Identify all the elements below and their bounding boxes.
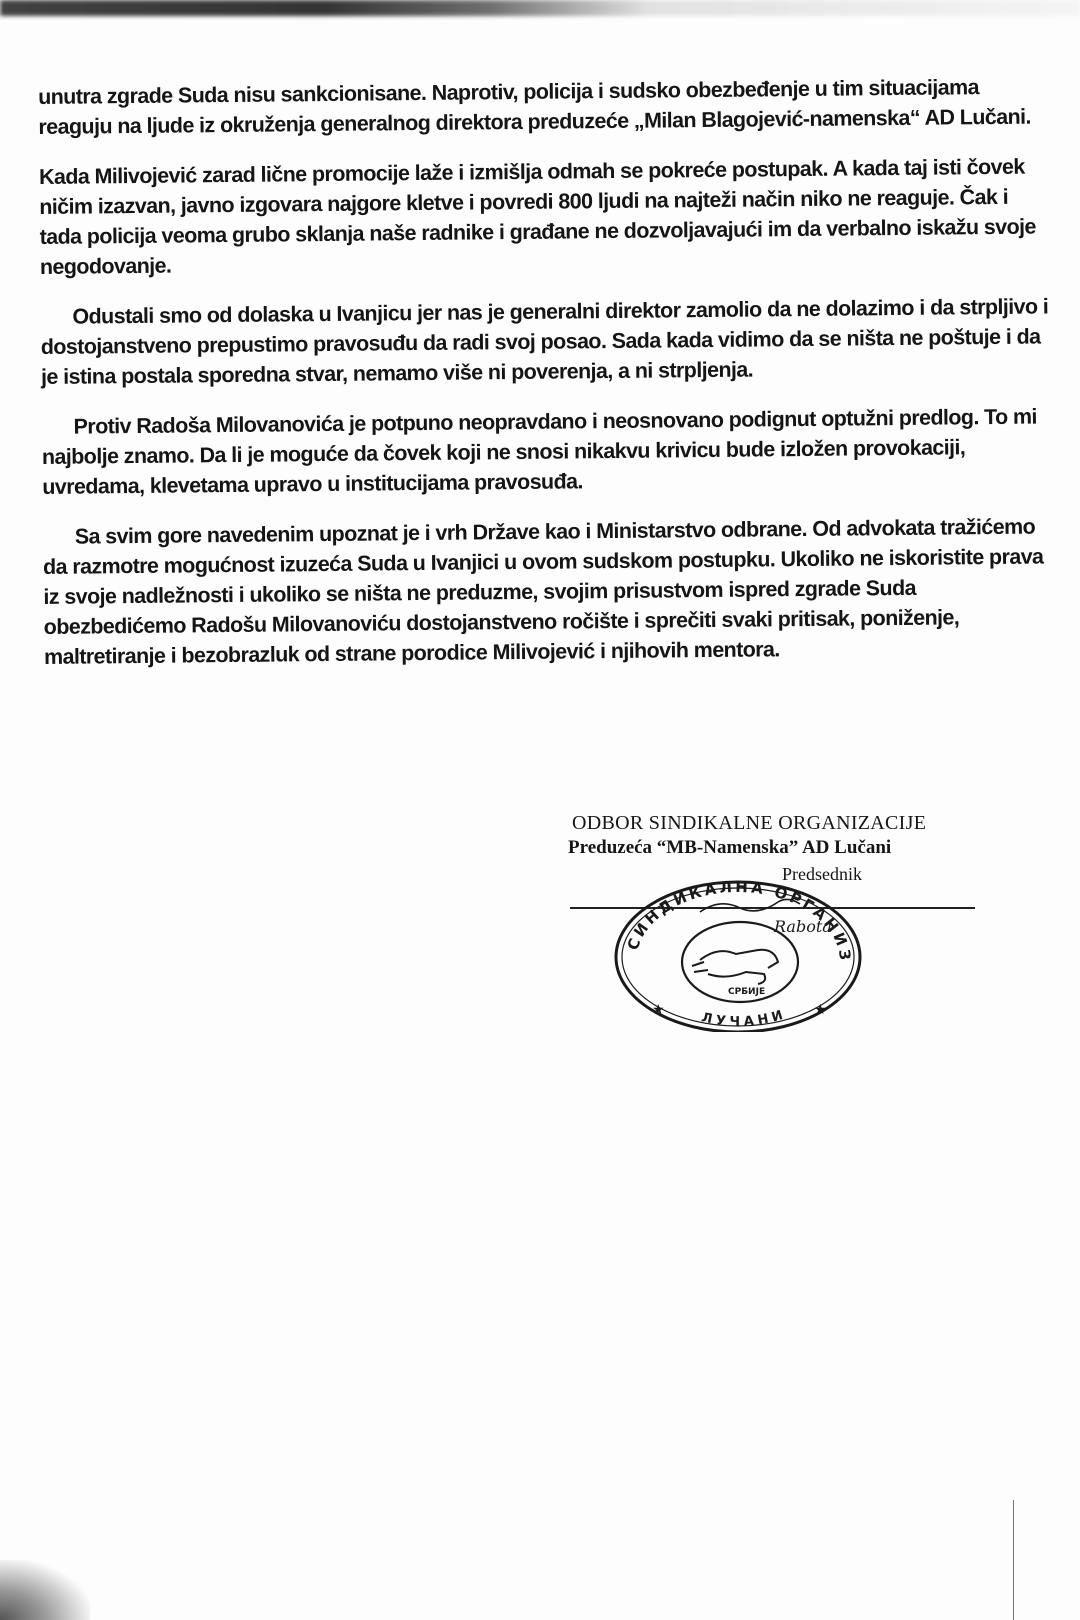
- paragraph-continuation: unutra zgrade Suda nisu sankcionisane. N…: [38, 71, 1049, 142]
- svg-text:СРБИЈЕ: СРБИЈЕ: [728, 987, 765, 997]
- paragraph-milivojevic: Kada Milivojević zarad lične promocije l…: [39, 151, 1050, 282]
- handwritten-signature: Rabota: [773, 917, 832, 936]
- svg-text:СИНДИКАЛНА ОРГАНИЗАЦИЈА: СИНДИКАЛНА ОРГАНИЗАЦИЈА: [608, 862, 854, 964]
- signature-organization: ODBOR SINDIKALNE ORGANIZACIJE: [568, 812, 1008, 835]
- paragraph-radosa: Protiv Radoša Milovanovića je potpuno ne…: [41, 401, 1052, 502]
- signature-block: ODBOR SINDIKALNE ORGANIZACIJE Preduzeća …: [568, 812, 1008, 859]
- union-stamp-icon: СИНДИКАЛНА ОРГАНИЗАЦИЈА ЛУЧАНИ ★ ★ СРБИЈ…: [608, 862, 868, 1032]
- svg-text:★: ★: [814, 1003, 827, 1018]
- paragraph-conclusion: Sa svim gore navedenim upoznat je i vrh …: [43, 511, 1055, 672]
- scan-right-edge: [1013, 1500, 1014, 1620]
- svg-text:ЛУЧАНИ: ЛУЧАНИ: [700, 1007, 788, 1030]
- scan-corner-shadow: [0, 1560, 90, 1620]
- scan-top-edge-shadow: [0, 0, 1080, 16]
- svg-text:★: ★: [652, 1003, 665, 1018]
- letter-body: unutra zgrade Suda nisu sankcionisane. N…: [38, 71, 1054, 692]
- signature-company: Preduzeća “MB-Namenska” AD Lučani: [568, 837, 1008, 859]
- paragraph-ivanjica: Odustali smo od dolaska u Ivanjicu jer n…: [40, 291, 1051, 392]
- handshake-icon: [692, 950, 778, 984]
